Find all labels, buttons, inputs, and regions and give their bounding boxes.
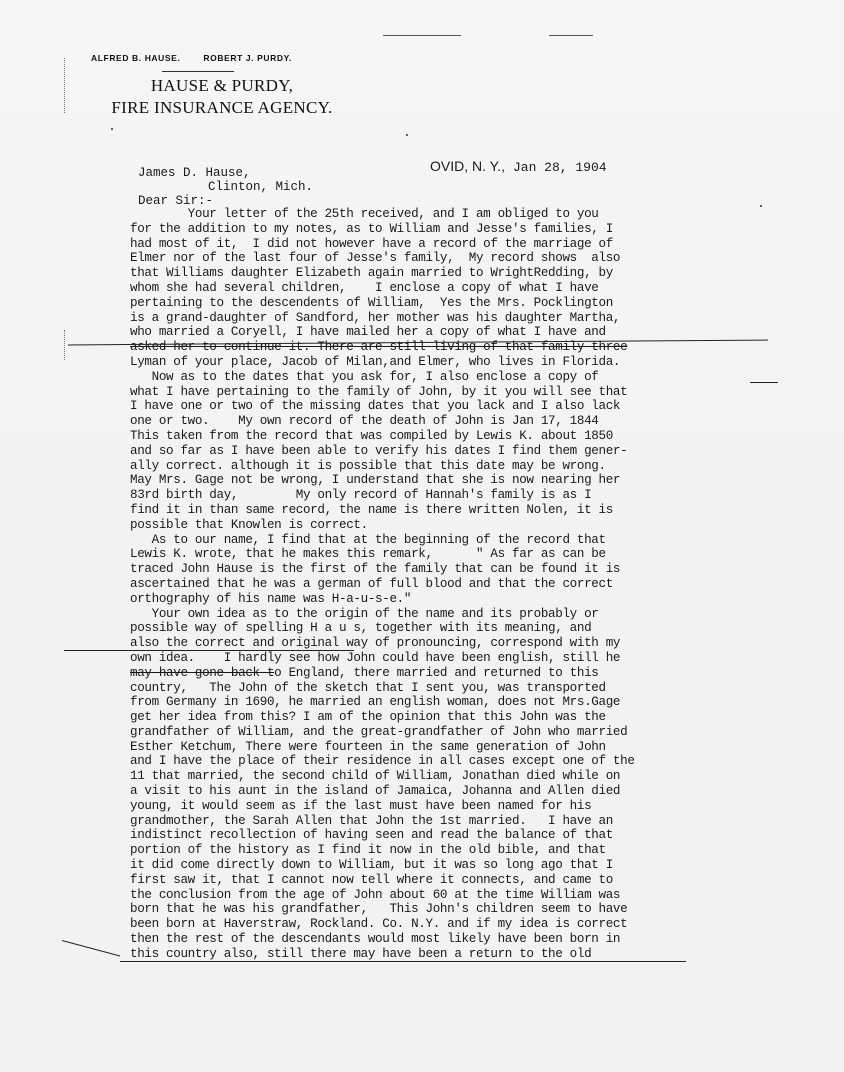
- body-line: had most of it, I did not however have a…: [130, 237, 780, 252]
- body-line: whom she had several children, I enclose…: [130, 281, 780, 296]
- speck: [111, 128, 113, 130]
- body-line: Your letter of the 25th received, and I …: [130, 207, 780, 222]
- body-line: that Williams daughter Elizabeth again m…: [130, 266, 780, 281]
- body-line: and so far as I have been able to verify…: [130, 444, 780, 459]
- firm-type: FIRE INSURANCE AGENCY.: [30, 98, 414, 118]
- body-line: Lewis K. wrote, that he makes this remar…: [130, 547, 780, 562]
- pen-stroke-mark: [64, 650, 354, 651]
- body-line: own idea. I hardly see how John could ha…: [130, 651, 780, 666]
- struck-text: may have gone back t: [130, 666, 274, 680]
- body-line: grandmother, the Sarah Allen that John t…: [130, 814, 780, 829]
- body-line: 11 that married, the second child of Wil…: [130, 769, 780, 784]
- body-line: one or two. My own record of the death o…: [130, 414, 780, 429]
- body-line: who married a Coryell, I have mailed her…: [130, 325, 780, 340]
- speck: [406, 134, 408, 136]
- pen-stroke-mark: [120, 961, 686, 962]
- body-line: possible way of spelling H a u s, togeth…: [130, 621, 780, 636]
- body-line: for the addition to my notes, as to Will…: [130, 222, 780, 237]
- margin-dots: [64, 330, 66, 360]
- dateline-date: Jan 28, 1904: [513, 160, 607, 175]
- body-line: ascertained that he was a german of full…: [130, 577, 780, 592]
- firm-name: HAUSE & PURDY,: [30, 76, 414, 96]
- body-line: get her idea from this? I am of the opin…: [130, 710, 780, 725]
- body-line: Now as to the dates that you ask for, I …: [130, 370, 780, 385]
- body-line: I have one or two of the missing dates t…: [130, 399, 780, 414]
- partner-name: ALFRED B. HAUSE.: [91, 53, 180, 63]
- dateline: OVID, N. Y.,Jan 28, 1904: [430, 158, 607, 175]
- body-line: this country also, still there may have …: [130, 947, 780, 962]
- body-line: ally correct. although it is possible th…: [130, 459, 780, 474]
- letterhead-rule: [162, 71, 234, 72]
- body-line: it did come directly down to William, bu…: [130, 858, 780, 873]
- body-line: Lyman of your place, Jacob of Milan,and …: [130, 355, 780, 370]
- body-line: young, it would seem as if the last must…: [130, 799, 780, 814]
- body-line: may have gone back to England, there mar…: [130, 666, 780, 681]
- body-line: what I have pertaining to the family of …: [130, 385, 780, 400]
- body-line: This taken from the record that was comp…: [130, 429, 780, 444]
- body-line: been born at Haverstraw, Rockland. Co. N…: [130, 917, 780, 932]
- body-line: a visit to his aunt in the island of Jam…: [130, 784, 780, 799]
- body-line: possible that Knowlen is correct.: [130, 518, 780, 533]
- body-line: then the rest of the descendants would m…: [130, 932, 780, 947]
- body-line: indistinct recollection of having seen a…: [130, 828, 780, 843]
- letter-body: Your letter of the 25th received, and I …: [130, 207, 780, 962]
- body-line: As to our name, I find that at the begin…: [130, 533, 780, 548]
- body-line: the conclusion from the age of John abou…: [130, 888, 780, 903]
- pen-stroke-mark: [62, 940, 120, 956]
- scan-mark: [549, 35, 593, 36]
- recipient-name: James D. Hause,: [138, 166, 251, 181]
- pen-stroke-mark: [750, 382, 778, 383]
- recipient-location: Clinton, Mich.: [208, 180, 313, 195]
- body-line: and I have the place of their residence …: [130, 754, 780, 769]
- speck: [760, 205, 762, 207]
- body-line: May Mrs. Gage not be wrong, I understand…: [130, 473, 780, 488]
- body-line: 83rd birth day, My only record of Hannah…: [130, 488, 780, 503]
- body-line: find it in than same record, the name is…: [130, 503, 780, 518]
- body-line: pertaining to the descendents of William…: [130, 296, 780, 311]
- body-line: country, The John of the sketch that I s…: [130, 681, 780, 696]
- body-line: born that he was his grandfather, This J…: [130, 902, 780, 917]
- body-line: Esther Ketchum, There were fourteen in t…: [130, 740, 780, 755]
- body-line: Elmer nor of the last four of Jesse's fa…: [130, 251, 780, 266]
- dateline-place: OVID, N. Y.,: [430, 158, 505, 174]
- body-line: first saw it, that I cannot now tell whe…: [130, 873, 780, 888]
- letter-page: ALFRED B. HAUSE. ROBERT J. PURDY. HAUSE …: [0, 0, 844, 1072]
- body-line: from Germany in 1690, he married an engl…: [130, 695, 780, 710]
- body-line: Your own idea as to the origin of the na…: [130, 607, 780, 622]
- body-line: is a grand-daughter of Sandford, her mot…: [130, 311, 780, 326]
- body-line: portion of the history as I find it now …: [130, 843, 780, 858]
- letterhead-partners: ALFRED B. HAUSE. ROBERT J. PURDY.: [91, 53, 292, 63]
- partner-name: ROBERT J. PURDY.: [203, 53, 291, 63]
- body-line: traced John Hause is the first of the fa…: [130, 562, 780, 577]
- body-line: grandfather of William, and the great-gr…: [130, 725, 780, 740]
- body-line: orthography of his name was H-a-u-s-e.": [130, 592, 780, 607]
- body-line: also the correct and original way of pro…: [130, 636, 780, 651]
- scan-mark: [383, 35, 461, 36]
